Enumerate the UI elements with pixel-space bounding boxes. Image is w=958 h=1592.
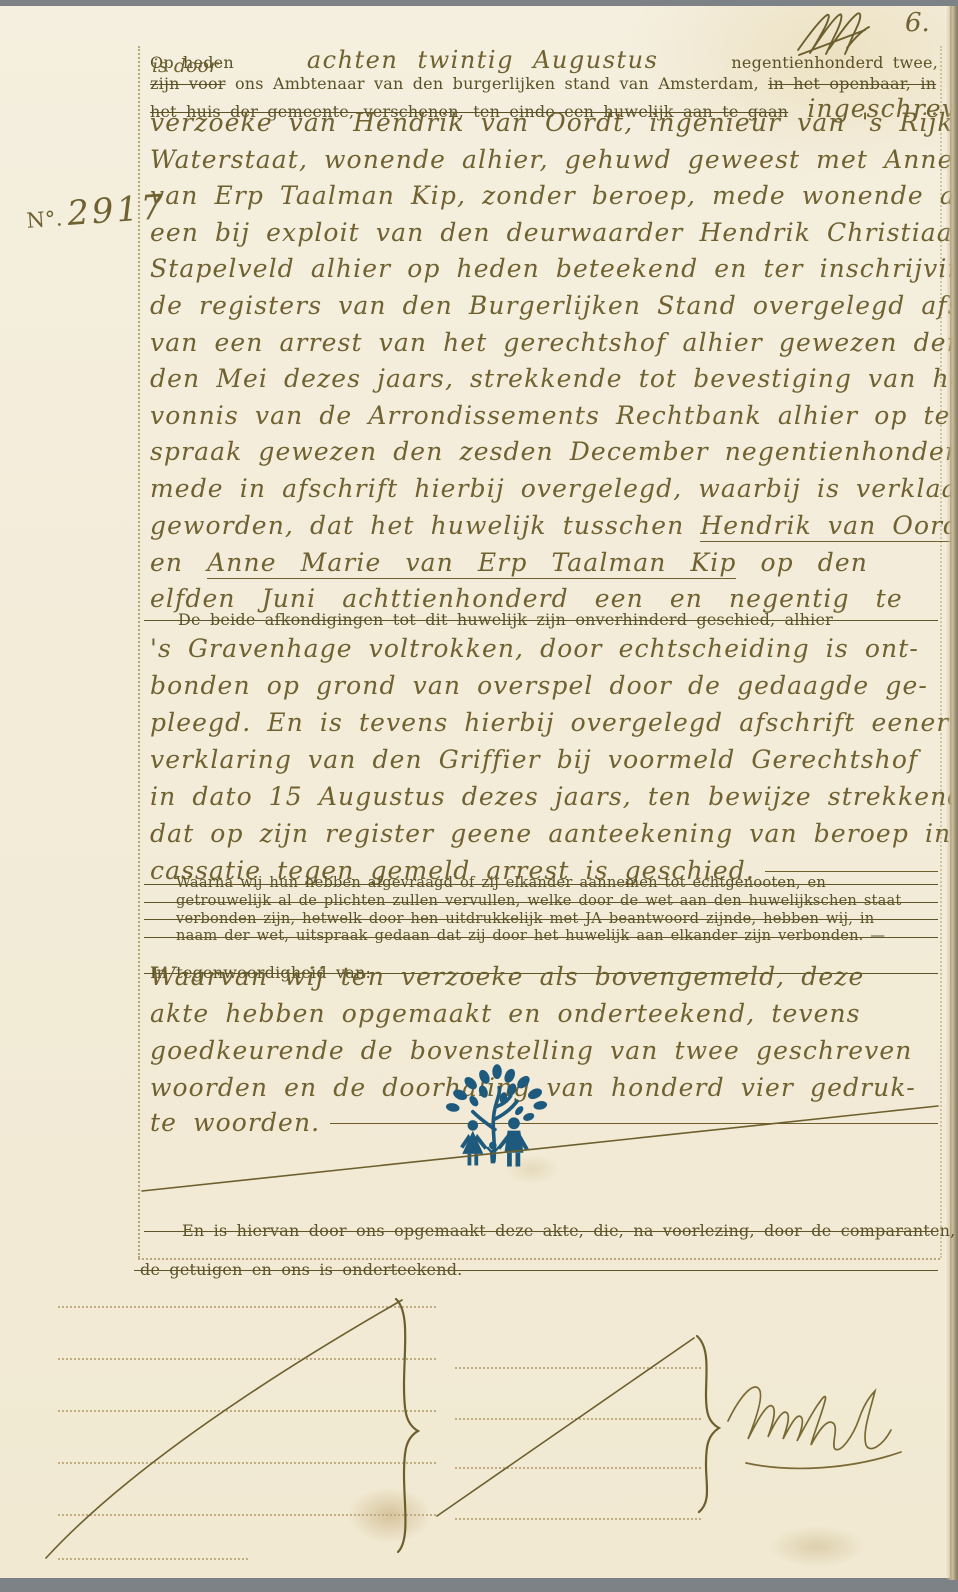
handwritten-line-groom: geworden, dat het huwelijk tusschen Hend…: [150, 511, 958, 540]
signature-dotted-line: [455, 1418, 701, 1420]
handwritten-line: akte hebben opgemaakt en onderteekend, t…: [150, 999, 940, 1036]
handwritten-line: een bij exploit van den deurwaarder Hend…: [150, 218, 940, 255]
signature-dotted-line: [58, 1462, 436, 1464]
handwritten-line: Stapelveld alhier op heden beteekend en …: [150, 254, 940, 291]
handwritten-line: de registers van den Burgerlijken Stand …: [150, 291, 940, 328]
page-edge-shadow: [946, 6, 958, 1580]
handwritten-line: Waarvan wij ten verzoeke als bovengemeld…: [150, 962, 940, 999]
handwritten-body-block-2: 's Gravenhage voltrokken, door echtschei…: [150, 634, 940, 856]
signature-dotted-line: [455, 1467, 701, 1469]
struck-waarna-block: Waarna wij hun hebben afgevraagd of zij …: [150, 874, 938, 945]
handwritten-line: van een arrest van het gerechtshof alhie…: [150, 328, 940, 365]
handwritten-line-bride: en Anne Marie van Erp Taalman Kip op den: [150, 548, 868, 577]
family-tree-logo: [438, 1064, 554, 1172]
struck-printed-line: verbonden zijn, hetwelk door hen uitdruk…: [150, 910, 938, 928]
handwritten-line-17: elfden Juni achttienhonderd een en negen…: [150, 584, 903, 613]
handwritten-line: verklaring van den Griffier bij voormeld…: [150, 745, 940, 782]
signature-dotted-line: [455, 1367, 701, 1369]
struck-zijn-voor: zijn voor: [150, 74, 226, 93]
handwritten-line: den Mei dezes jaars, strekkende tot beve…: [150, 364, 940, 401]
struck-printed-line: Waarna wij hun hebben afgevraagd of zij …: [150, 874, 938, 892]
header-row-1: Op heden achten twintig Augustus negenti…: [150, 46, 938, 74]
hand-drawn-rule: [330, 1123, 938, 1124]
signature-dotted-line: [58, 1558, 248, 1560]
hw-text: geworden, dat het huwelijk tusschen: [150, 511, 700, 540]
header-row-2: zijn voor ons Ambtenaar van den burgerli…: [150, 74, 938, 93]
handwritten-line: bonden op grond van overspel door de ged…: [150, 671, 940, 708]
handwritten-line: Waterstaat, wonende alhier, gehuwd gewee…: [150, 145, 940, 182]
signature-dotted-line: [58, 1358, 436, 1360]
hw-text: te woorden.: [150, 1108, 320, 1137]
handwritten-line: mede in afschrift hierbij overgelegd, wa…: [150, 474, 940, 511]
hw-date: achten twintig Augustus: [307, 46, 659, 74]
handwritten-line: 's Gravenhage voltrokken, door echtschei…: [150, 634, 940, 671]
page-number: 6.: [905, 8, 930, 38]
handwritten-line: van Erp Taalman Kip, zonder beroep, mede…: [150, 181, 940, 218]
hand-drawn-rule: [765, 871, 938, 872]
struck-printed-line: naam der wet, uitspraak gedaan dat zij d…: [150, 927, 938, 945]
handwritten-line: dat op zijn register geene aanteekening …: [150, 819, 940, 856]
struck-printed-line: getrouwelijk al de plichten zullen vervu…: [150, 892, 938, 910]
handwritten-line: pleegd. En is tevens hierbij overgelegd …: [150, 708, 940, 745]
signature-dotted-line: [58, 1306, 436, 1308]
signature-dotted-line: [455, 1518, 701, 1520]
struck-closing-2: de getuigen en ons is onderteekend.: [140, 1260, 938, 1279]
handwritten-line: in dato 15 Augustus dezes jaars, ten bew…: [150, 782, 940, 819]
hw-text: op den: [736, 548, 868, 577]
printed-ambtenaar: ons Ambtenaar van den burgerlijken stand…: [235, 74, 759, 93]
signature-dotted-line: [58, 1410, 436, 1412]
hw-text: en: [150, 548, 207, 577]
groom-name: Hendrik van Oordt: [700, 511, 958, 542]
record-number-prefix: N°.: [26, 206, 64, 232]
signature-dotted-line: [58, 1514, 436, 1516]
handwritten-line: spraak gewezen den zesden December negen…: [150, 437, 940, 474]
handwritten-line: vonnis van de Arrondissements Rechtbank …: [150, 401, 940, 438]
struck-openbaar: in het openbaar, in: [768, 74, 936, 93]
struck-closing-1: En is hiervan door ons opgemaakt deze ak…: [150, 1221, 938, 1240]
printed-year: negentienhonderd twee,: [731, 53, 938, 72]
handwritten-body-block-1: verzoeke van Hendrik van Oordt, ingenieu…: [150, 108, 940, 511]
struck-afkondigingen: De beide afkondigingen tot dit huwelijk …: [150, 610, 938, 629]
scanned-civil-registry-page: { "page": { "number": "6.", "record_numb…: [0, 0, 958, 1592]
bride-name: Anne Marie van Erp Taalman Kip: [207, 548, 736, 579]
handwritten-line: verzoeke van Hendrik van Oordt, ingenieu…: [150, 108, 940, 145]
